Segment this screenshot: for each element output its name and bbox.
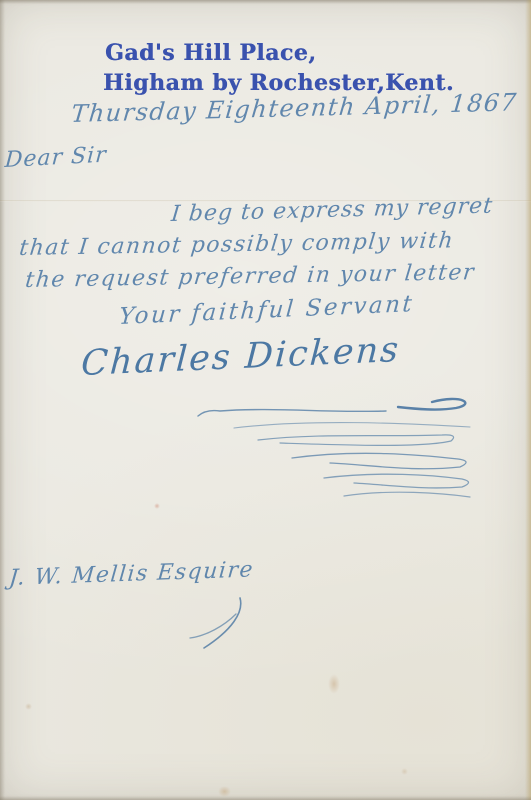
- paper-edge-right: [525, 0, 531, 800]
- signature-charles-dickens: Charles Dickens: [80, 330, 401, 384]
- addressee-line: J. W. Mellis Esquire: [8, 557, 255, 591]
- letterhead-line-1: Gad's Hill Place,: [105, 40, 316, 66]
- paper-edge-top: [0, 0, 531, 4]
- paper-edge-bottom: [0, 796, 531, 800]
- letter-scan: Gad's Hill Place, Higham by Rochester,Ke…: [0, 0, 531, 800]
- foxing-spot: [401, 768, 408, 775]
- foxing-spot: [25, 703, 32, 710]
- addressee-flourish: [182, 596, 254, 656]
- body-line-1: I beg to express my regret: [170, 194, 494, 227]
- valediction: Your faithful Servant: [118, 291, 415, 330]
- body-line-2: that I cannot possibly comply with: [18, 228, 455, 261]
- signature-flourish: [140, 396, 480, 514]
- paper-edge-left: [0, 0, 5, 800]
- body-line-3: the request preferred in your letter: [24, 260, 476, 293]
- foxing-spot: [328, 674, 340, 694]
- salutation: Dear Sir: [4, 143, 108, 173]
